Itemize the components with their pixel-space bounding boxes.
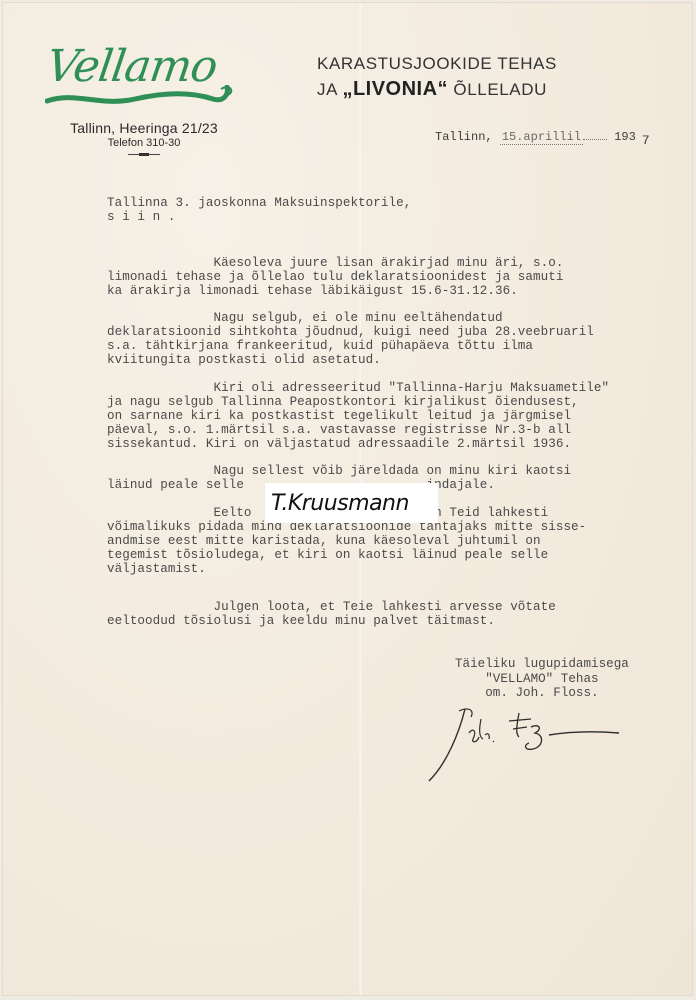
company-line-2-suffix: ÕLLELADU	[448, 80, 547, 99]
closing-line-3: om. Joh. Floss.	[455, 686, 629, 701]
closing-line-1: Täieliku lugupidamisega	[455, 657, 629, 672]
closing-line-2: "VELLAMO" Tehas	[455, 672, 629, 687]
date-place: Tallinn,	[435, 130, 493, 144]
paragraph-1: Käesoleva juure lisan ärakirjad minu äri…	[107, 256, 563, 298]
recipient-line-2: s i i n .	[107, 210, 175, 224]
paragraph-6: Julgen loota, et Teie lahkesti arvesse v…	[107, 600, 556, 628]
handwritten-signature-icon	[423, 703, 623, 793]
livonia-brand: „LIVONIA“	[342, 78, 448, 100]
closing-block: Täieliku lugupidamisega"VELLAMO" Tehasom…	[455, 657, 629, 701]
letter-page: Vellamo Tallinn, Heeringa 21/23 Telefon …	[3, 3, 692, 995]
phone-number: Telefon 310-30	[49, 137, 239, 149]
paragraph-3: Kiri oli adresseeritud "Tallinna-Harju M…	[107, 381, 609, 451]
date-dotted-line	[583, 139, 607, 140]
date-year-suffix: 7	[642, 133, 650, 148]
street-address: Tallinn, Heeringa 21/23	[49, 120, 239, 136]
recipient-line-1: Tallinna 3. jaoskonna Maksuinspektorile,	[107, 196, 411, 210]
vellamo-logo: Vellamo	[45, 41, 235, 111]
company-name: KARASTUSJOOKIDE TEHAS JA „LIVONIA“ ÕLLEL…	[317, 54, 557, 101]
letterhead-address: Tallinn, Heeringa 21/23 Telefon 310-30	[49, 120, 239, 155]
paragraph-2: Nagu selgub, ei ole minu eeltähendatud d…	[107, 311, 594, 367]
company-line-2: JA „LIVONIA“ ÕLLELADU	[317, 78, 557, 101]
date-year-prefix: 193	[614, 130, 636, 144]
company-line-2-prefix: JA	[317, 80, 342, 99]
dateline: Tallinn, 15.aprillil 1937	[435, 129, 650, 144]
company-line-1: KARASTUSJOOKIDE TEHAS	[317, 54, 557, 74]
ornament-rule	[128, 154, 160, 155]
watermark-overlay: T.Kruusmann	[265, 483, 438, 523]
date-day-month: 15.aprillil	[500, 130, 583, 145]
logo-swoosh-icon	[45, 85, 237, 109]
